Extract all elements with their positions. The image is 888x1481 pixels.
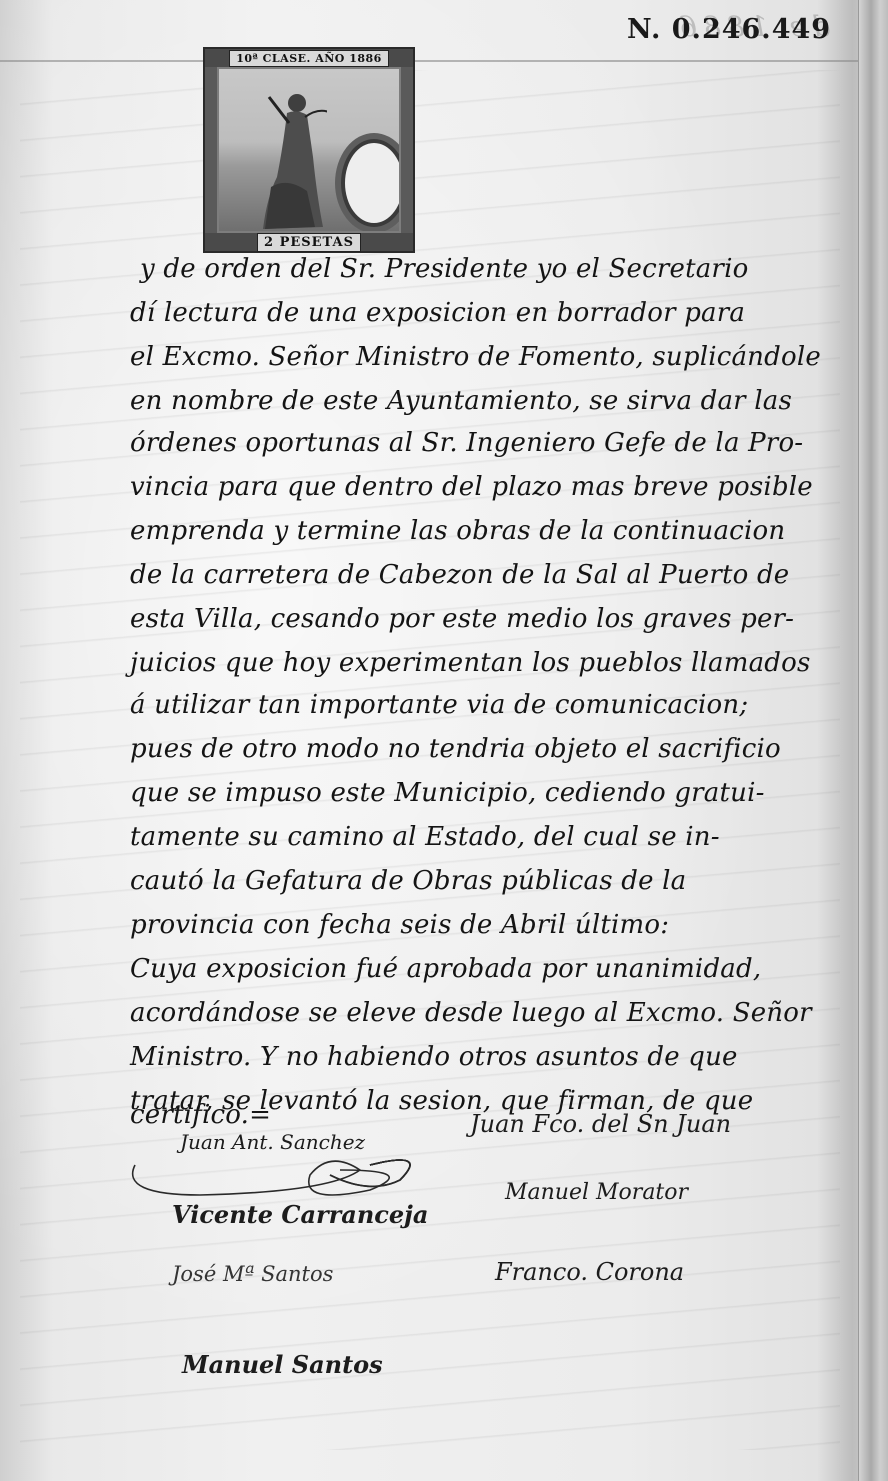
signature-flourishes (0, 0, 888, 1481)
document-page: de 1886 N. 0.246.449 10ª CLASE. AÑO 1886… (0, 0, 888, 1481)
